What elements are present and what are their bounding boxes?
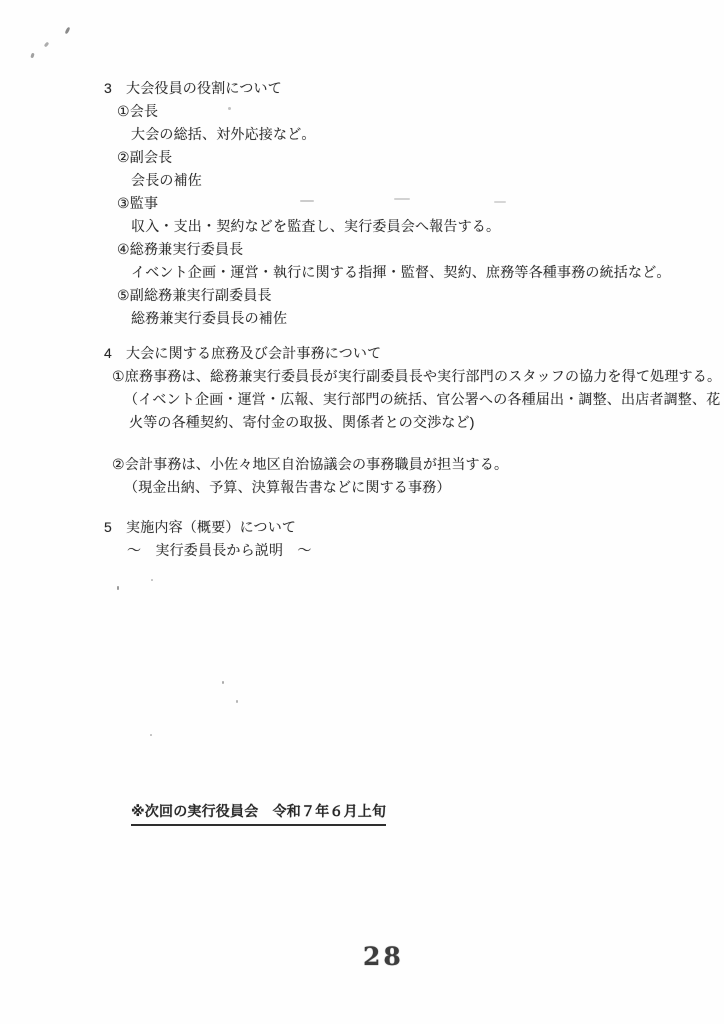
section-5-heading: 5実施内容（概要）について [104,516,714,539]
role-item-desc: イベント企画・運営・執行に関する指揮・監督、契約、庶務等各種事務の統括など。 [104,261,714,284]
role-item-label: ⑤副総務兼実行副委員長 [104,284,714,307]
scan-speck [44,42,50,48]
section-5-title: 実施内容（概要）について [126,519,296,535]
role-item-label: ③監事 [104,192,714,215]
section-admin-accounting: 4大会に関する庶務及び会計事務について ①庶務事務は、総務兼実行委員長が実行副委… [104,342,714,499]
section-3-title: 大会役員の役割について [126,80,282,96]
role-item-label: ①会長 [104,100,714,123]
section-3-number: 3 [104,77,126,100]
next-meeting-note-text: ※次回の実行役員会 令和７年６月上旬 [131,801,386,826]
scan-speck [117,586,119,590]
next-meeting-note: ※次回の実行役員会 令和７年６月上旬 [131,801,386,826]
accounting-item-text: ②会計事務は、小佐々地区自治協議会の事務職員が担当する。 [104,453,714,476]
scan-speck [30,53,34,59]
section-implementation-overview: 5実施内容（概要）について ～ 実行委員長から説明 ～ [104,516,714,562]
section-3-heading: 3大会役員の役割について [104,77,714,100]
section-5-number: 5 [104,516,126,539]
page-content: 3大会役員の役割について ①会長 大会の総括、対外応接など。 ②副会長 会長の補… [104,77,714,562]
role-item-desc: 総務兼実行委員長の補佐 [104,307,714,330]
scan-speck [65,27,71,35]
scan-speck [222,681,224,684]
section-4-heading: 4大会に関する庶務及び会計事務について [104,342,714,365]
admin-item-paren: 火等の各種契約、寄付金の取扱、関係者との交渉など) [104,411,714,434]
role-item-desc: 大会の総括、対外応接など。 [104,123,714,146]
scan-speck [150,734,152,736]
explanation-note: ～ 実行委員長から説明 ～ [104,539,714,562]
accounting-item-paren: （現金出納、予算、決算報告書などに関する事務） [104,476,714,499]
role-item-label: ②副会長 [104,146,714,169]
role-item-desc: 会長の補佐 [104,169,714,192]
admin-item-paren: （イベント企画・運営・広報、実行部門の統括、官公署への各種届出・調整、出店者調整… [104,388,714,411]
scanned-document-page: 3大会役員の役割について ①会長 大会の総括、対外応接など。 ②副会長 会長の補… [0,0,724,1024]
section-officer-roles: 3大会役員の役割について ①会長 大会の総括、対外応接など。 ②副会長 会長の補… [104,77,714,330]
admin-item-text: ①庶務事務は、総務兼実行委員長が実行副委員長や実行部門のスタッフの協力を得て処理… [104,365,714,388]
section-4-title: 大会に関する庶務及び会計事務について [126,345,381,361]
role-item-label: ④総務兼実行委員長 [104,238,714,261]
role-item-desc: 収入・支出・契約などを監査し、実行委員会へ報告する。 [104,215,714,238]
section-4-number: 4 [104,342,126,365]
scan-speck [151,579,153,581]
scan-speck [236,700,238,703]
page-number: 28 [363,942,404,971]
